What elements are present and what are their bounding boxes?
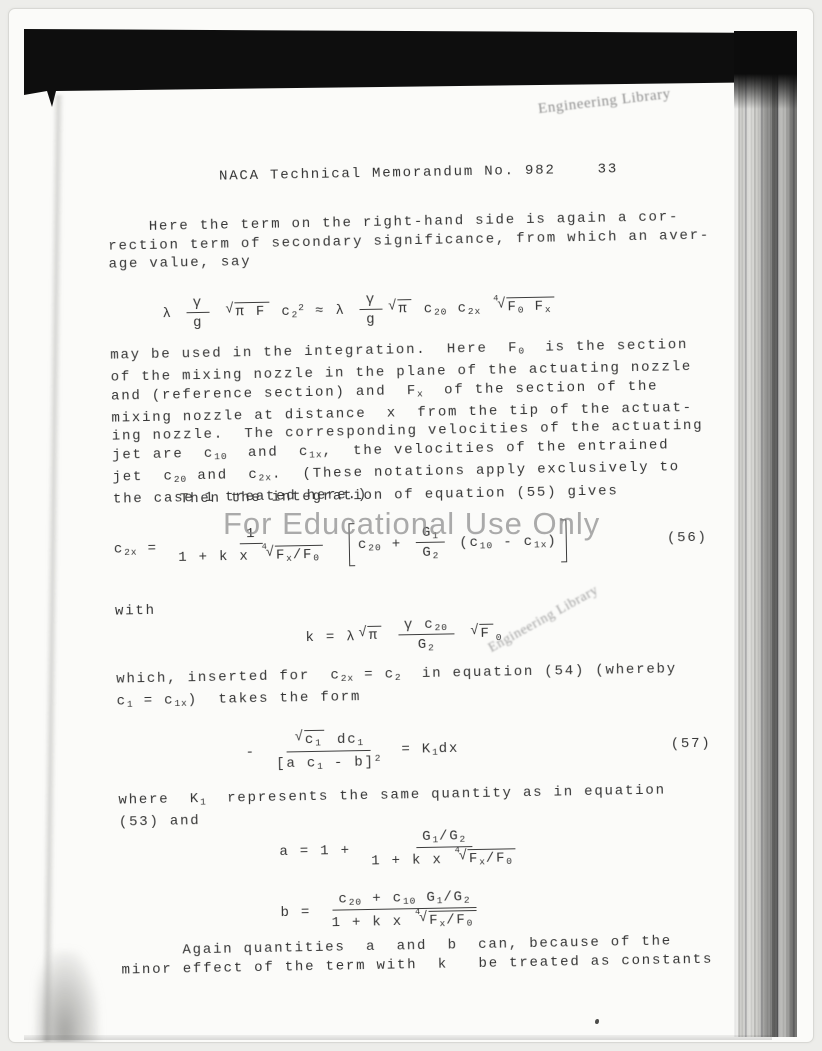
equation-momentum-body: λ γg √π F c22 ≈ λ γg√π c20 c2x 4√F0 Fx xyxy=(162,288,557,331)
paragraph-inserted-form: which, inserted for c2x = c2 in equation… xyxy=(116,660,678,714)
library-stamp-top: Engineering Library xyxy=(537,86,672,118)
educational-use-watermark: For Educational Use Only xyxy=(223,506,600,542)
paragraph-intro: Here the term on the right-hand side is … xyxy=(108,208,711,275)
with-label: with xyxy=(115,602,156,621)
library-stamp-middle: Engineering Library xyxy=(486,583,602,657)
equation-57-number: (57) xyxy=(671,736,712,753)
equation-b: b = c20 + c10 G1/G21 + k x 4√Fx/F0 xyxy=(280,880,489,942)
equation-a: a = 1 + G1/G21 + k x 4√Fx/F0 xyxy=(279,817,528,882)
equation-k: k = λ√π γ c20G2 √F0 xyxy=(305,607,503,663)
page-number: 33 xyxy=(597,161,618,177)
equation-a-body: a = 1 + G1/G21 + k x 4√Fx/F0 xyxy=(279,827,528,872)
paragraph-constants-conclusion: Again quantities a and b can, because of… xyxy=(121,932,713,980)
page-header: NACA Technical Memorandum No. 982 33 xyxy=(219,161,618,184)
document-title: NACA Technical Memorandum No. 982 xyxy=(219,162,556,184)
equation-57: - √c1 dc1[a c1 - b]2 = K1dx (57) xyxy=(117,714,712,785)
equation-56-number: (56) xyxy=(667,530,708,547)
equation-momentum: λ γg √π F c22 ≈ λ γg√π c20 c2x 4√F0 Fx xyxy=(162,282,557,337)
scanned-document-screenshot: { "style_colors": { "ink": "#343434", "p… xyxy=(0,0,822,1051)
equation-b-body: b = c20 + c10 G1/G21 + k x 4√Fx/F0 xyxy=(280,889,488,933)
equation-57-body: - √c1 dc1[a c1 - b]2 = K1dx xyxy=(245,728,459,773)
equation-k-body: k = λ√π γ c20G2 √F0 xyxy=(305,615,503,656)
scan-card: NACA Technical Memorandum No. 982 33 Eng… xyxy=(8,8,814,1043)
